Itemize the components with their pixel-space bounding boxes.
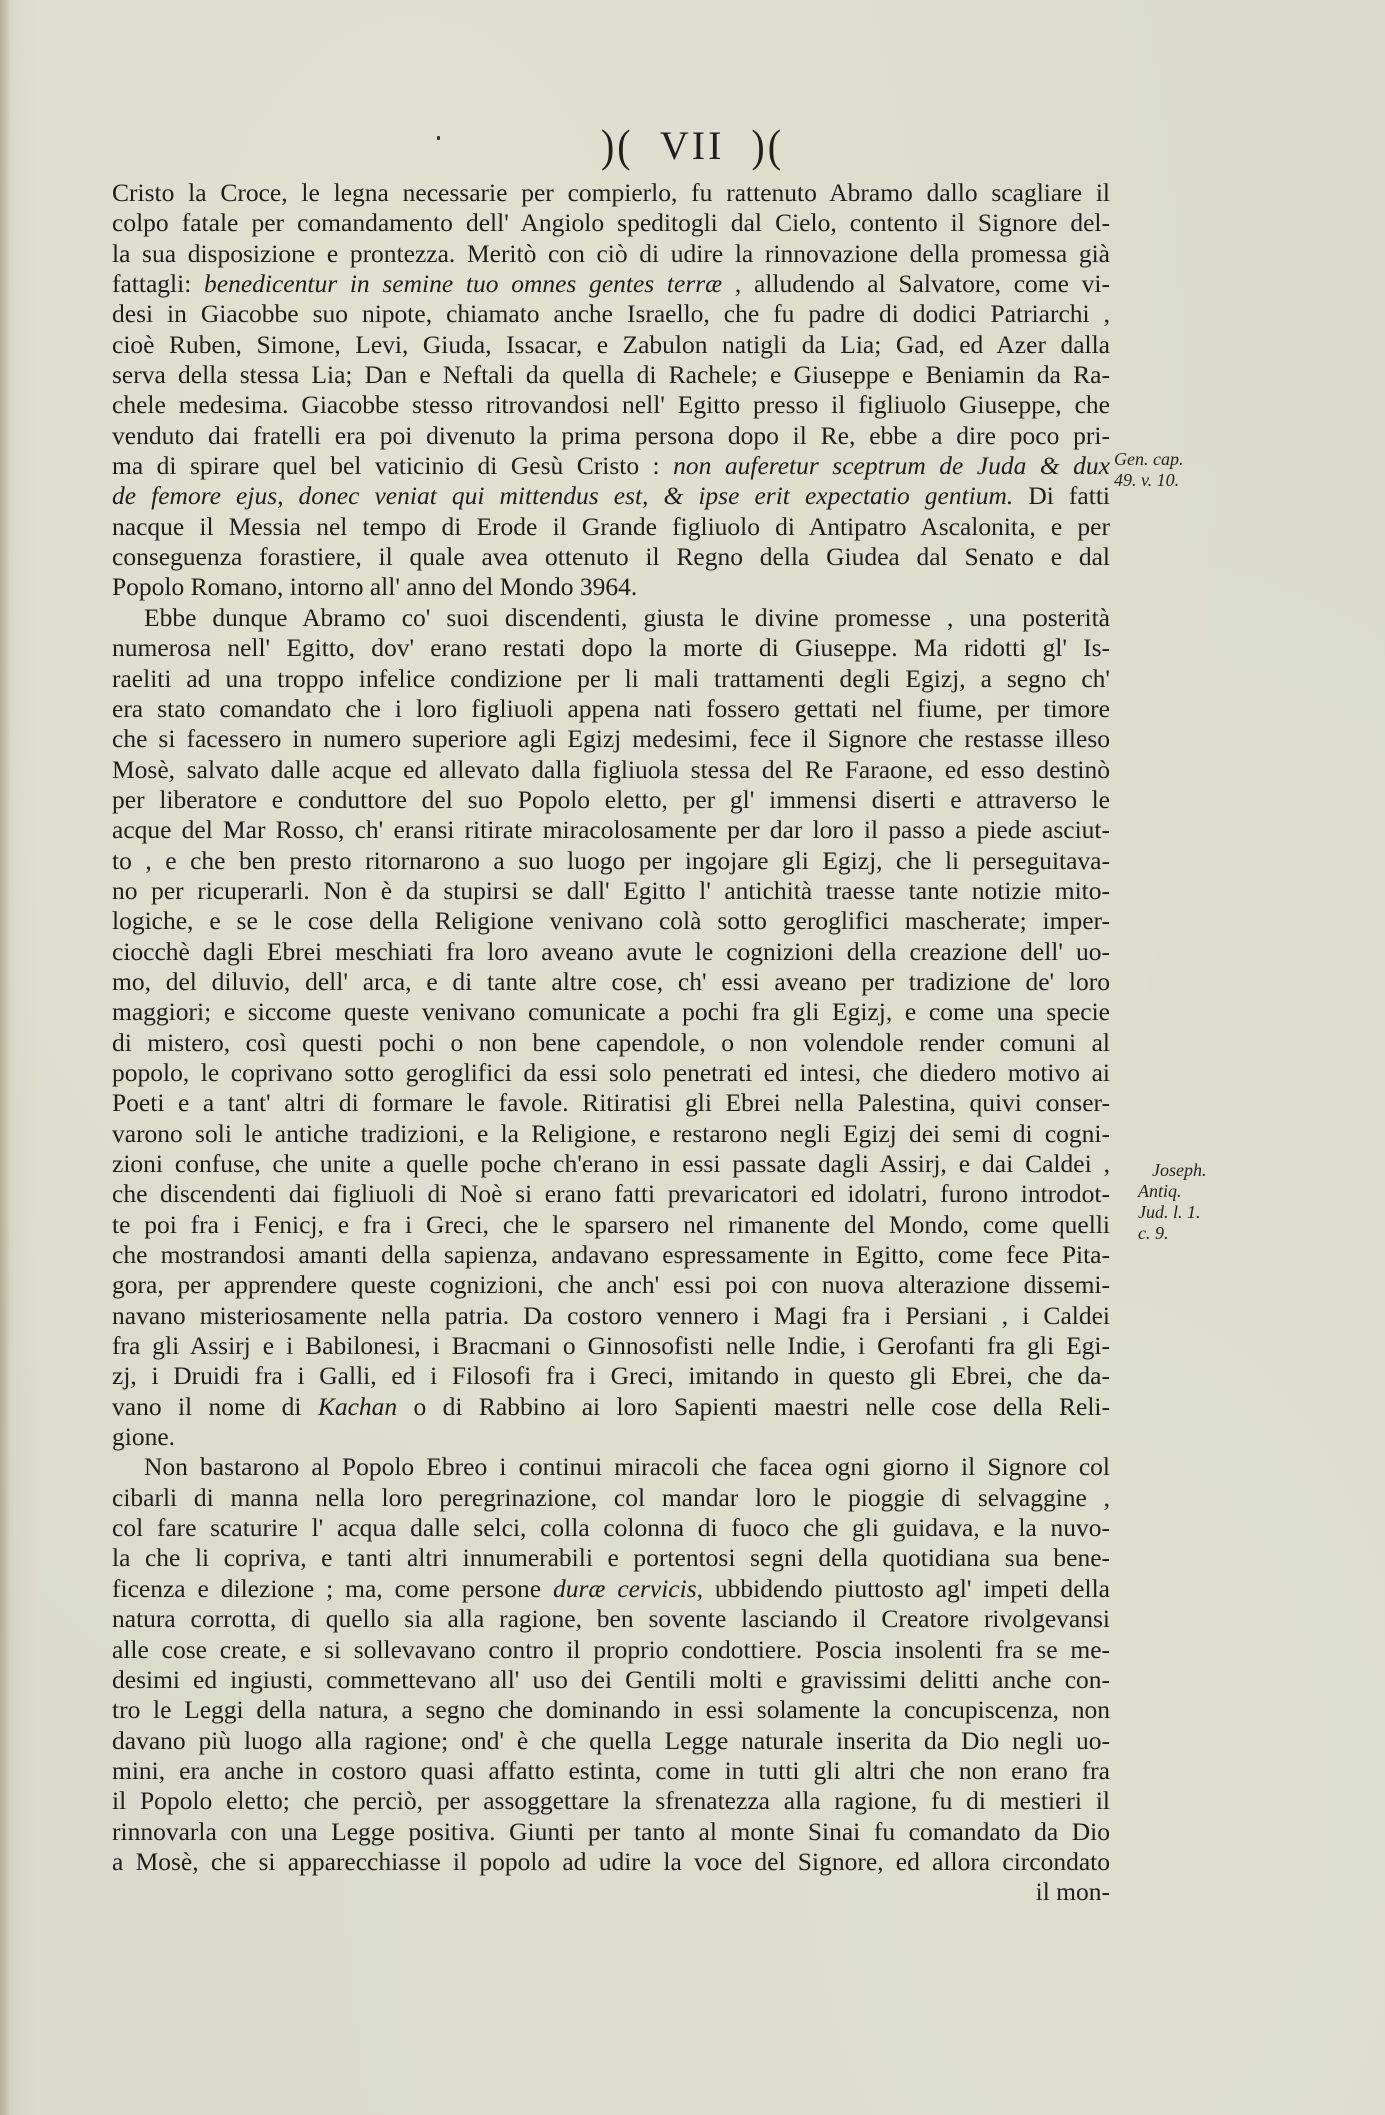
text-line: popolo, le coprivano sotto geroglifici d… xyxy=(112,1058,1110,1088)
ornament-left-icon: )( xyxy=(601,118,634,172)
text-line: to , e che ben presto ritornarono a suo … xyxy=(112,846,1110,876)
side-note-line: Joseph. xyxy=(1146,1160,1206,1181)
text-line: te poi fra i Fenicj, e fra i Greci, che … xyxy=(112,1210,1110,1240)
text-line: fra gli Assirj e i Babilonesi, i Bracman… xyxy=(112,1331,1110,1361)
text-line: Ebbe dunque Abramo co' suoi discendenti,… xyxy=(112,603,1110,633)
latin-quotation: Kachan xyxy=(318,1392,397,1421)
running-head: )( VII )( xyxy=(0,122,1385,169)
text-run: o di Rabbino ai loro Sapienti maestri ne… xyxy=(397,1392,1110,1421)
text-line: a Mosè, che si apparecchiasse il popolo … xyxy=(112,1847,1110,1877)
text-run: ficenza e dilezione ; ma, come persone xyxy=(112,1574,553,1603)
text-line: desi in Giacobbe suo nipote, chiamato an… xyxy=(112,299,1110,329)
text-line: ficenza e dilezione ; ma, come persone d… xyxy=(112,1574,1110,1604)
latin-quotation: benedicentur in semine tuo omnes gentes … xyxy=(204,269,722,298)
text-line: zj, i Druidi fra i Galli, ed i Filosofi … xyxy=(112,1361,1110,1391)
text-line: col fare scaturire l' acqua dalle selci,… xyxy=(112,1513,1110,1543)
side-note-line: 49. v. 10. xyxy=(1114,470,1183,491)
text-line: fattagli: benedicentur in semine tuo omn… xyxy=(112,269,1110,299)
text-line: il Popolo eletto; che perciò, per assogg… xyxy=(112,1786,1110,1816)
text-line: venduto dai fratelli era poi divenuto la… xyxy=(112,421,1110,451)
text-line: vano il nome di Kachan o di Rabbino ai l… xyxy=(112,1392,1110,1422)
text-line: la sua disposizione e prontezza. Meritò … xyxy=(112,239,1110,269)
text-line: davano più luogo alla ragione; ond' è ch… xyxy=(112,1726,1110,1756)
text-line: raeliti ad una troppo infelice condizion… xyxy=(112,664,1110,694)
text-line: maggiori; e siccome queste venivano comu… xyxy=(112,997,1110,1027)
text-line: il mon- xyxy=(112,1877,1110,1907)
ornament-right-icon: )( xyxy=(751,118,784,172)
text-line: natura corrotta, di quello sia alla ragi… xyxy=(112,1604,1110,1634)
text-line: Non bastarono al Popolo Ebreo i continui… xyxy=(112,1452,1110,1482)
text-line: tro le Leggi della natura, a segno che d… xyxy=(112,1695,1110,1725)
side-note-josephus: Joseph. Antiq. Jud. l. 1. c. 9. xyxy=(1146,1160,1206,1244)
text-line: chele medesima. Giacobbe stesso ritrovan… xyxy=(112,390,1110,420)
text-line: mini, era anche in costoro quasi affatto… xyxy=(112,1756,1110,1786)
text-run: , ubbidendo piuttosto agl' impeti della xyxy=(697,1574,1110,1603)
text-line: era stato comandato che i loro figliuoli… xyxy=(112,694,1110,724)
book-page: )( VII )( Cristo la Croce, le legna nece… xyxy=(0,0,1385,2115)
page-number: VII xyxy=(660,123,725,168)
text-line: rinnovarla con una Legge positiva. Giunt… xyxy=(112,1817,1110,1847)
side-note-line: Jud. l. 1. xyxy=(1138,1202,1206,1223)
text-line: gora, per apprendere queste cognizioni, … xyxy=(112,1270,1110,1300)
text-line: numerosa nell' Egitto, dov' erano restat… xyxy=(112,633,1110,663)
text-run: , alludendo al Salvatore, come vi- xyxy=(722,269,1110,298)
text-line: gione. xyxy=(112,1422,1110,1452)
latin-quotation: non auferetur sceptrum de Juda & dux xyxy=(673,451,1110,480)
text-line: cibarli di manna nella loro peregrinazio… xyxy=(112,1483,1110,1513)
text-line: logiche, e se le cose della Religione ve… xyxy=(112,906,1110,936)
text-line: Cristo la Croce, le legna necessarie per… xyxy=(112,178,1110,208)
latin-quotation: duræ cervicis xyxy=(553,1574,697,1603)
side-note-genesis: Gen. cap. 49. v. 10. xyxy=(1114,449,1183,491)
text-line: di mistero, così questi pochi o non bene… xyxy=(112,1028,1110,1058)
body-text: Cristo la Croce, le legna necessarie per… xyxy=(112,178,1110,1908)
text-line: ciocchè dagli Ebrei meschiati fra loro a… xyxy=(112,937,1110,967)
spine-shadow xyxy=(0,0,10,2115)
text-line: acque del Mar Rosso, ch' eransi ritirate… xyxy=(112,815,1110,845)
text-line: che discendenti dai figliuoli di Noè si … xyxy=(112,1179,1110,1209)
text-line: cioè Ruben, Simone, Levi, Giuda, Issacar… xyxy=(112,330,1110,360)
text-line: ma di spirare quel bel vaticinio di Gesù… xyxy=(112,451,1110,481)
text-run: ma di spirare quel bel vaticinio di Gesù… xyxy=(112,451,673,480)
text-line: serva della stessa Lia; Dan e Neftali da… xyxy=(112,360,1110,390)
latin-quotation: de femore ejus, donec veniat qui mittend… xyxy=(112,481,1013,510)
text-line: per liberatore e conduttore del suo Popo… xyxy=(112,785,1110,815)
text-line: zioni confuse, che unite a quelle poche … xyxy=(112,1149,1110,1179)
text-line: Popolo Romano, intorno all' anno del Mon… xyxy=(112,572,1110,602)
text-line: che mostrandosi amanti della sapienza, a… xyxy=(112,1240,1110,1270)
side-note-line: Gen. cap. xyxy=(1114,449,1183,470)
text-line: Poeti e a tant' altri di formare le favo… xyxy=(112,1088,1110,1118)
text-line: alle cose create, e si sollevavano contr… xyxy=(112,1635,1110,1665)
text-run: Di fatti xyxy=(1013,481,1110,510)
text-line: Mosè, salvato dalle acque ed allevato da… xyxy=(112,755,1110,785)
text-run: fattagli: xyxy=(112,269,204,298)
text-run: vano il nome di xyxy=(112,1392,318,1421)
side-note-line: Antiq. xyxy=(1138,1181,1206,1202)
text-line: mo, del diluvio, dell' arca, e di tante … xyxy=(112,967,1110,997)
text-line: varono soli le antiche tradizioni, e la … xyxy=(112,1119,1110,1149)
text-line: desimi ed ingiusti, commettevano all' us… xyxy=(112,1665,1110,1695)
text-line: nacque il Messia nel tempo di Erode il G… xyxy=(112,512,1110,542)
text-line: no per ricuperarli. Non è da stupirsi se… xyxy=(112,876,1110,906)
text-line: colpo fatale per comandamento dell' Angi… xyxy=(112,208,1110,238)
text-line: che si facessero in numero superiore agl… xyxy=(112,724,1110,754)
text-line: la che li copriva, e tanti altri innumer… xyxy=(112,1543,1110,1573)
text-line: navano misteriosamente nella patria. Da … xyxy=(112,1301,1110,1331)
side-note-line: c. 9. xyxy=(1138,1223,1206,1244)
text-line: de femore ejus, donec veniat qui mittend… xyxy=(112,481,1110,511)
text-line: conseguenza forastiere, il quale avea ot… xyxy=(112,542,1110,572)
